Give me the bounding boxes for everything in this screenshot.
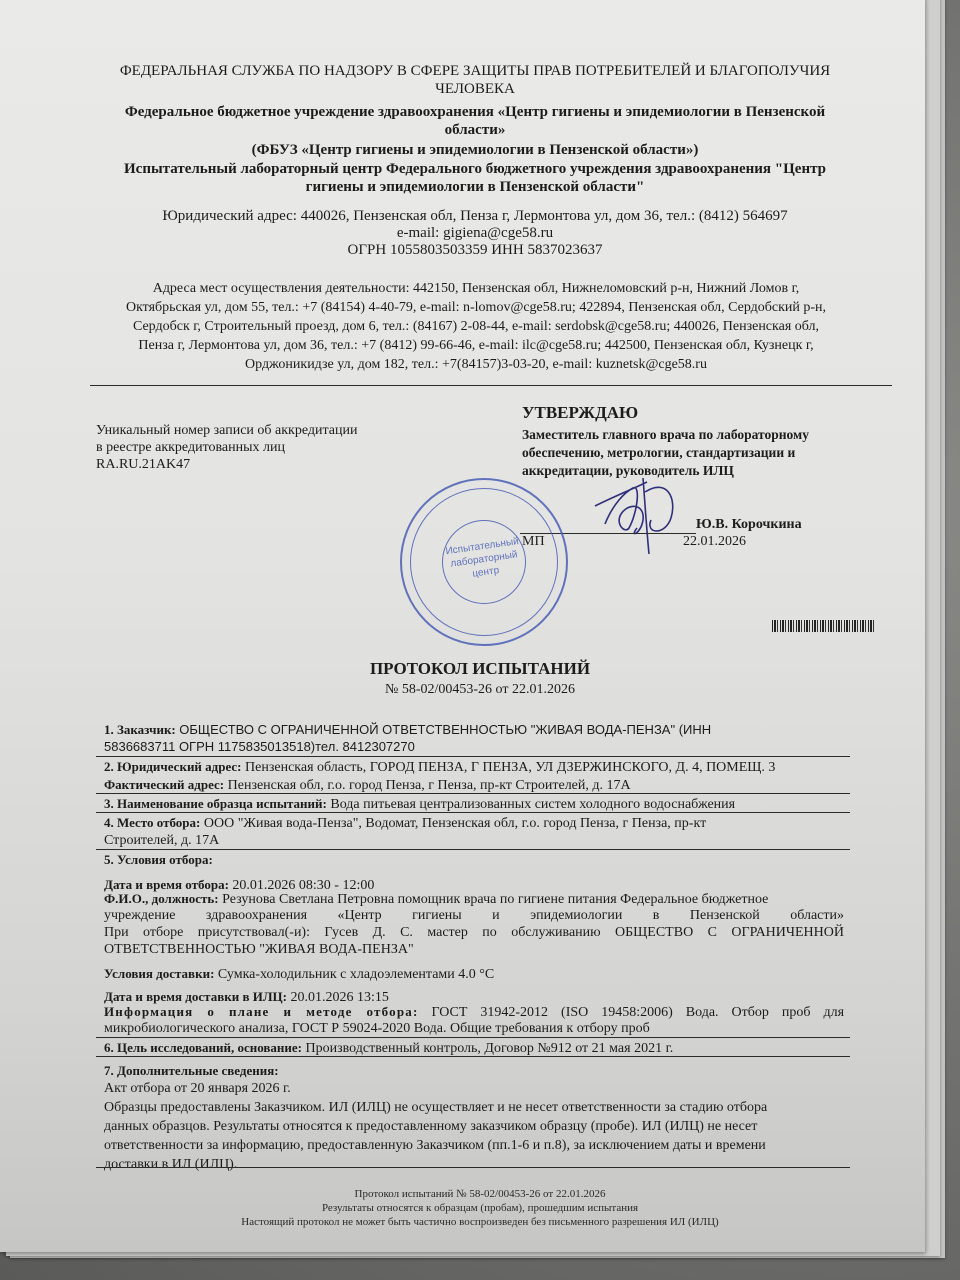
additional-line: доставки в ИЛ (ИЛЦ).: [104, 1155, 844, 1174]
lab-line-2: гигиены и эпидемиологии в Пензенской обл…: [90, 178, 860, 196]
stamp-seal-icon: Испытательный лабораторный центр: [400, 478, 568, 646]
barcode-icon: [772, 620, 874, 632]
additional-info: Акт отбора от 20 января 2026 г. Образцы …: [104, 1079, 844, 1174]
field-person: Ф.И.О., должность: Резунова Светлана Пет…: [104, 890, 844, 908]
activity-address-line: Адреса мест осуществления деятельности: …: [86, 279, 866, 298]
legal-address-value: Пензенская область, ГОРОД ПЕНЗА, Г ПЕНЗА…: [245, 760, 775, 775]
sampling-place-label: 4. Место отбора:: [104, 815, 200, 830]
delivery-datetime-label: Дата и время доставки в ИЛЦ:: [104, 989, 287, 1004]
field-customer: 1. Заказчик: ОБЩЕСТВО С ОГРАНИЧЕННОЙ ОТВ…: [104, 721, 844, 739]
field-divider: [96, 1167, 850, 1168]
protocol-number: № 58-02/00453-26 от 22.01.2026: [200, 682, 760, 698]
header-divider: [90, 385, 892, 386]
purpose-label: 6. Цель исследований, основание:: [104, 1040, 302, 1055]
field-divider: [96, 756, 850, 757]
field-divider: [96, 1037, 850, 1038]
lab-line-1: Испытательный лабораторный центр Федерал…: [90, 160, 860, 178]
method-value-cont: микробиологического анализа, ГОСТ Р 5902…: [104, 1020, 844, 1037]
additional-line: ответственности за информацию, предостав…: [104, 1136, 844, 1155]
field-sample-name: 3. Наименование образца испытаний: Вода …: [104, 795, 844, 813]
signer-name: Ю.В. Корочкина: [696, 517, 802, 533]
agency-line-2: ЧЕЛОВЕКА: [90, 80, 860, 98]
accreditation-number: RA.RU.21AK47: [96, 456, 416, 473]
footer-reproduction-note: Настоящий протокол не может быть частичн…: [160, 1215, 800, 1229]
person-value: Резунова Светлана Петровна помощник врач…: [222, 892, 768, 907]
approval-position: Заместитель главного врача по лабораторн…: [522, 426, 882, 480]
field-additional: 7. Дополнительные сведения:: [104, 1062, 844, 1080]
present-persons-cont: ОТВЕТСТВЕННОСТЬЮ "ЖИВАЯ ВОДА-ПЕНЗА": [104, 941, 844, 958]
agency-line-1: ФЕДЕРАЛЬНАЯ СЛУЖБА ПО НАДЗОРУ В СФЕРЕ ЗА…: [90, 62, 860, 80]
additional-line: Акт отбора от 20 января 2026 г.: [104, 1079, 844, 1098]
additional-line: данных образцов. Результаты относятся к …: [104, 1117, 844, 1136]
institution-line-2: области»: [90, 121, 860, 139]
legal-address-label: 2. Юридический адрес:: [104, 759, 242, 774]
approval-position-line: аккредитации, руководитель ИЛЦ: [522, 462, 882, 480]
customer-value-cont: 5836683711 ОГРН 1175835013518)тел. 84123…: [104, 738, 844, 755]
delivery-conditions-value: Сумка-холодильник с хладоэлементами 4.0 …: [218, 967, 494, 982]
field-actual-address: Фактический адрес: Пензенская обл, г.о. …: [104, 776, 844, 794]
actual-address-value: Пензенская обл, г.о. город Пенза, г Пенз…: [228, 778, 631, 793]
activity-addresses: Адреса мест осуществления деятельности: …: [86, 279, 866, 374]
field-divider: [96, 812, 850, 813]
lab-contacts: Юридический адрес: 440026, Пензенская об…: [90, 208, 860, 259]
field-divider: [96, 1056, 850, 1057]
sampling-place-value-cont: Строителей, д. 17А: [104, 832, 844, 849]
protocol-title: ПРОТОКОЛ ИСПЫТАНИЙ: [200, 659, 760, 679]
sample-name-value: Вода питьевая централизованных систем хо…: [330, 797, 735, 812]
field-purpose: 6. Цель исследований, основание: Произво…: [104, 1039, 844, 1057]
activity-address-line: Орджоникидзе ул, дом 182, тел.: +7(84157…: [86, 355, 866, 374]
lab-email: e-mail: gigiena@cge58.ru: [90, 225, 860, 242]
field-divider: [96, 849, 850, 850]
approval-date: 22.01.2026: [683, 534, 746, 550]
approval-block: УТВЕРЖДАЮ Заместитель главного врача по …: [522, 402, 882, 480]
field-divider: [96, 793, 850, 794]
field-delivery-conditions: Условия доставки: Сумка-холодильник с хл…: [104, 965, 844, 983]
institution-short-name: (ФБУЗ «Центр гигиены и эпидемиологии в П…: [90, 141, 860, 159]
accreditation-label-2: в реестре аккредитованных лиц: [96, 439, 416, 456]
activity-address-line: Пенза г, Лермонтова ул, дом 36, тел.: +7…: [86, 336, 866, 355]
signature-icon: [585, 474, 695, 554]
footer-protocol-ref: Протокол испытаний № 58-02/00453-26 от 2…: [160, 1187, 800, 1201]
accreditation-block: Уникальный номер записи об аккредитации …: [96, 422, 416, 473]
field-method: Информация о плане и методе отбора: ГОСТ…: [104, 1003, 844, 1021]
sample-name-label: 3. Наименование образца испытаний:: [104, 796, 327, 811]
lab-legal-address: Юридический адрес: 440026, Пензенская об…: [90, 208, 860, 225]
actual-address-label: Фактический адрес:: [104, 777, 224, 792]
customer-value: ОБЩЕСТВО С ОГРАНИЧЕННОЙ ОТВЕТСТВЕННОСТЬЮ…: [179, 722, 711, 737]
approval-position-line: обеспечению, метрологии, стандартизации …: [522, 444, 882, 462]
sampling-place-value: ООО "Живая вода-Пенза", Водомат, Пензенс…: [204, 816, 706, 831]
approval-position-line: Заместитель главного врача по лабораторн…: [522, 426, 882, 444]
activity-address-line: Октябрьская ул, дом 55, тел.: +7 (84154)…: [86, 298, 866, 317]
footer-results-note: Результаты относятся к образцам (пробам)…: [160, 1201, 800, 1215]
accreditation-label-1: Уникальный номер записи об аккредитации: [96, 422, 416, 439]
lab-name: Испытательный лабораторный центр Федерал…: [90, 160, 860, 196]
present-persons: При отборе присутствовал(-и): Гусев Д. С…: [104, 924, 844, 941]
delivery-conditions-label: Условия доставки:: [104, 966, 214, 981]
approval-title: УТВЕРЖДАЮ: [522, 402, 882, 424]
lab-ogrn-inn: ОГРН 1055803503359 ИНН 5837023637: [90, 242, 860, 259]
document-page: ФЕДЕРАЛЬНАЯ СЛУЖБА ПО НАДЗОРУ В СФЕРЕ ЗА…: [0, 0, 925, 1252]
field-conditions: 5. Условия отбора:: [104, 851, 844, 869]
method-label: Информация о плане и методе отбора:: [104, 1004, 419, 1019]
additional-line: Образцы предоставлены Заказчиком. ИЛ (ИЛ…: [104, 1098, 844, 1117]
page-footer: Протокол испытаний № 58-02/00453-26 от 2…: [160, 1187, 800, 1229]
additional-label: 7. Дополнительные сведения:: [104, 1063, 279, 1078]
person-value-cont: учреждение здравоохранения «Центр гигиен…: [104, 907, 844, 924]
field-legal-address: 2. Юридический адрес: Пензенская область…: [104, 758, 844, 776]
method-value: ГОСТ 31942-2012 (ISO 19458:2006) Вода. О…: [432, 1005, 845, 1020]
institution-line-1: Федеральное бюджетное учреждение здравоо…: [90, 103, 860, 121]
purpose-value: Производственный контроль, Договор №912 …: [306, 1041, 674, 1056]
field-sampling-place: 4. Место отбора: ООО "Живая вода-Пенза",…: [104, 814, 844, 832]
institution-name: Федеральное бюджетное учреждение здравоо…: [90, 103, 860, 159]
agency-name: ФЕДЕРАЛЬНАЯ СЛУЖБА ПО НАДЗОРУ В СФЕРЕ ЗА…: [90, 62, 860, 98]
activity-address-line: Сердобск г, Строительный проезд, дом 6, …: [86, 317, 866, 336]
customer-label: 1. Заказчик:: [104, 722, 176, 737]
conditions-label: 5. Условия отбора:: [104, 852, 213, 867]
person-label: Ф.И.О., должность:: [104, 891, 219, 906]
